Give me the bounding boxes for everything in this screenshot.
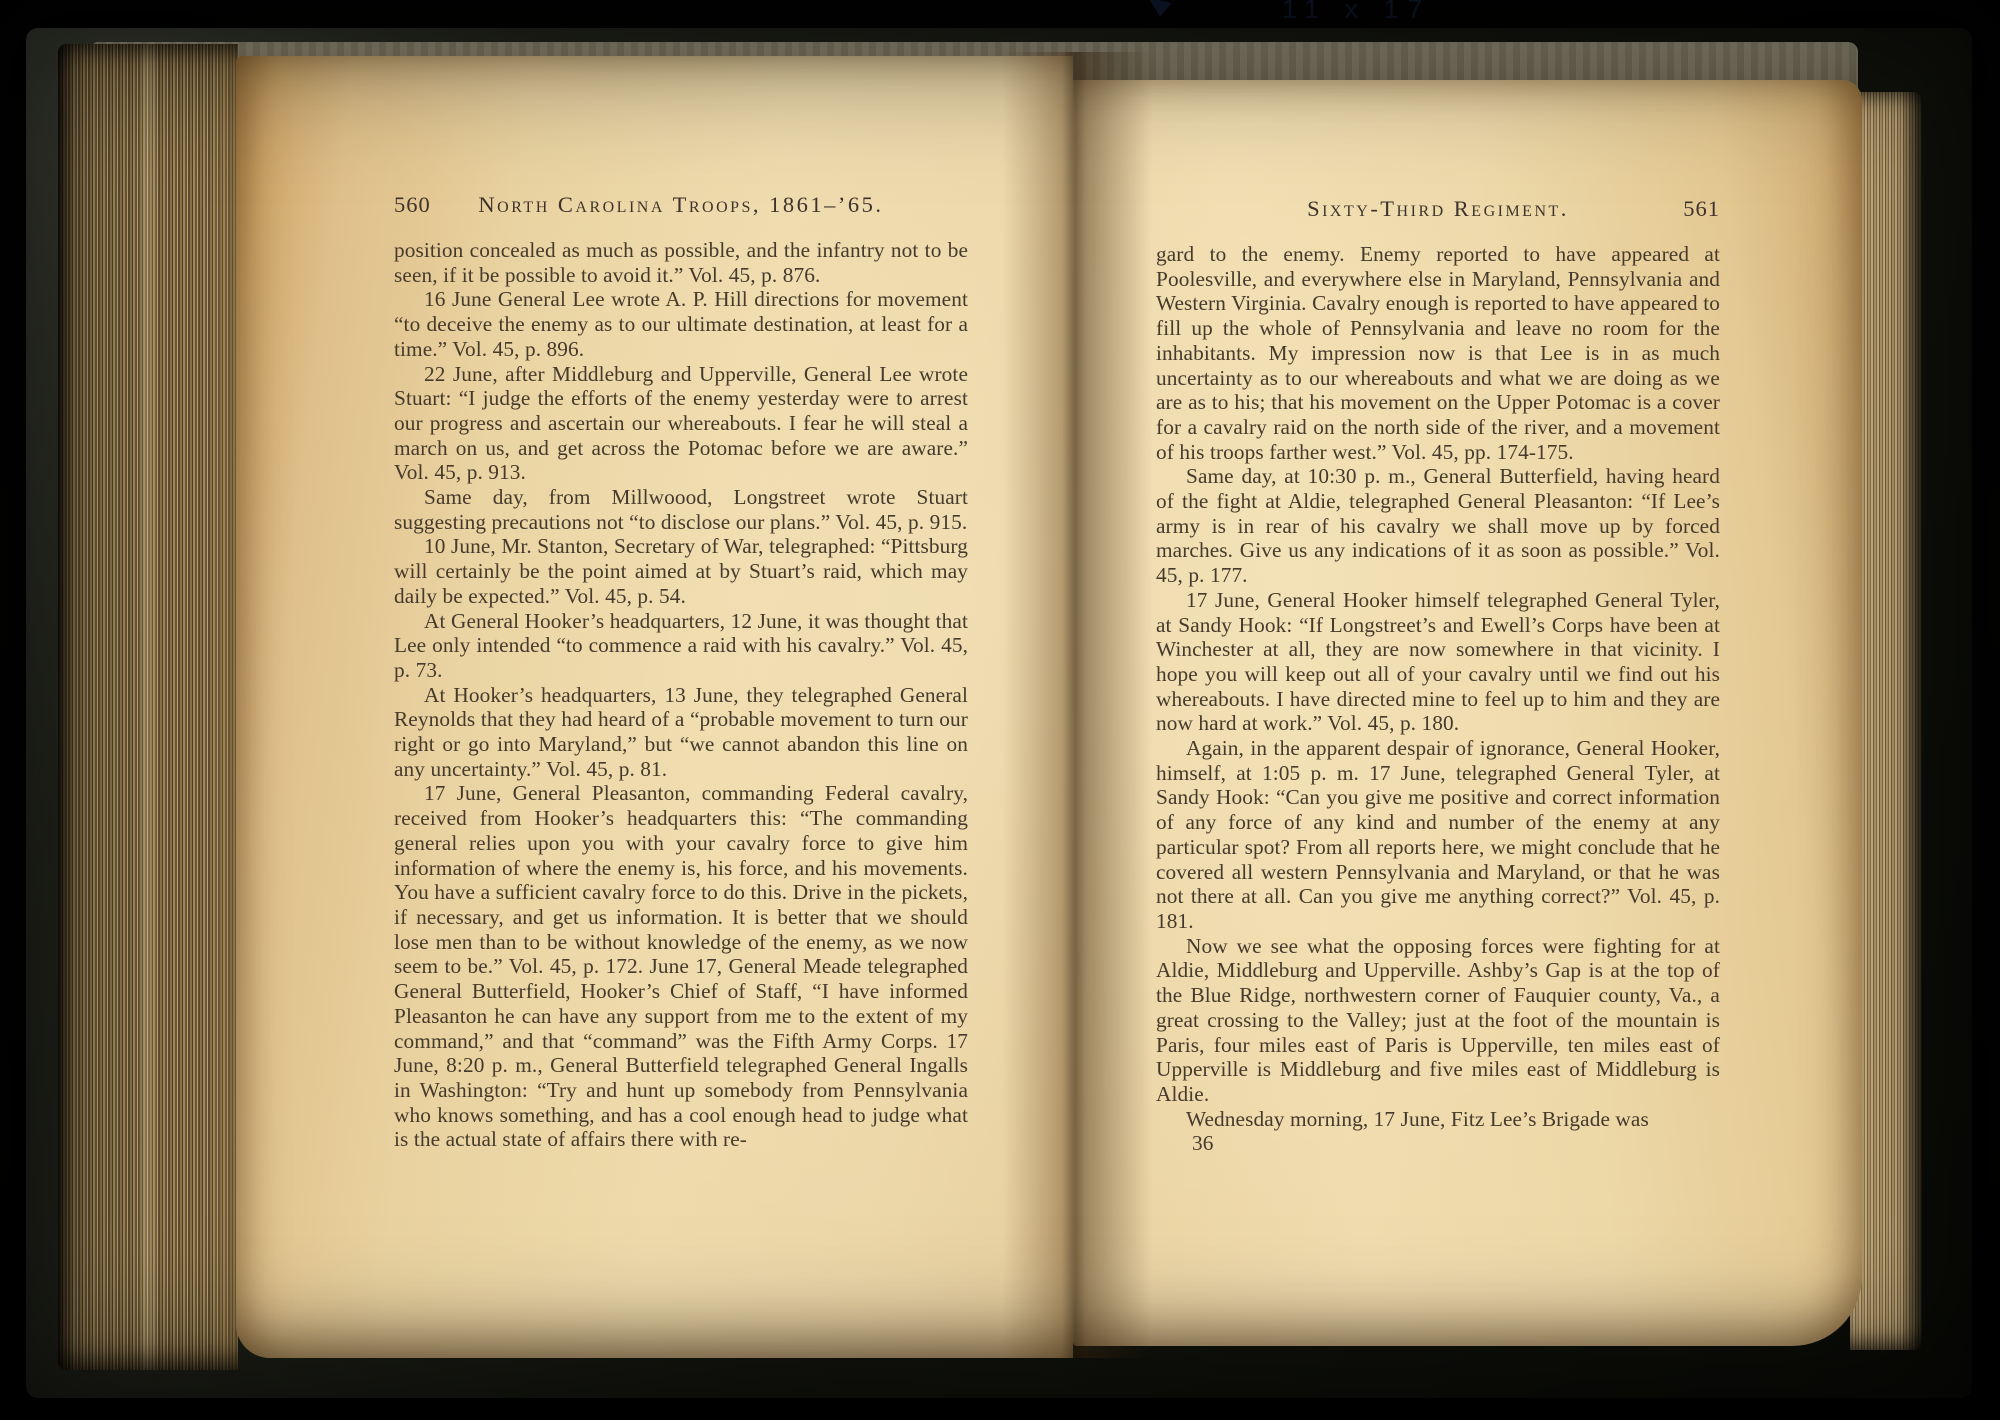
signature-number: 36: [1156, 1131, 1720, 1156]
paragraph: Wednesday morning, 17 June, Fitz Lee’s B…: [1156, 1107, 1720, 1132]
left-header-title: North Carolina Troops, 1861–’65.: [464, 192, 898, 218]
paragraph: Again, in the apparent despair of ignora…: [1156, 736, 1720, 934]
right-header-title: Sixty-Third Regiment.: [1226, 196, 1650, 222]
right-page-body: gard to the enemy. Enemy reported to hav…: [1156, 242, 1720, 1156]
left-running-header: 560 North Carolina Troops, 1861–’65.: [394, 192, 968, 218]
paragraph: gard to the enemy. Enemy reported to hav…: [1156, 242, 1720, 464]
book-photo: 11 x 17 560 North Carolina Troops, 1861–…: [0, 0, 2000, 1420]
paragraph: Same day, at 10:30 p. m., General Butter…: [1156, 464, 1720, 588]
arrow-mark-icon: [1144, 0, 1171, 19]
left-page-number: 560: [394, 192, 464, 218]
paragraph: Same day, from Millwoood, Longstreet wro…: [394, 485, 968, 534]
left-fore-edge-pages: [58, 44, 238, 1370]
right-running-header: Sixty-Third Regiment. 561: [1156, 196, 1720, 222]
right-page-number: 561: [1650, 196, 1720, 222]
paragraph: 17 June, General Pleasanton, commanding …: [394, 781, 968, 1152]
paragraph: At Hooker’s headquarters, 13 June, they …: [394, 683, 968, 782]
paragraph: 16 June General Lee wrote A. P. Hill dir…: [394, 287, 968, 361]
left-page-body: position concealed as much as possible, …: [394, 238, 968, 1152]
paragraph: 22 June, after Middleburg and Upperville…: [394, 362, 968, 486]
paragraph: Now we see what the opposing forces were…: [1156, 934, 1720, 1107]
copyboard-mark: 11 x 17: [1282, 0, 1432, 25]
paragraph: 10 June, Mr. Stanton, Secretary of War, …: [394, 534, 968, 608]
paragraph: position concealed as much as possible, …: [394, 238, 968, 287]
paragraph: At General Hooker’s headquarters, 12 Jun…: [394, 609, 968, 683]
paragraph: 17 June, General Hooker himself telegrap…: [1156, 588, 1720, 736]
